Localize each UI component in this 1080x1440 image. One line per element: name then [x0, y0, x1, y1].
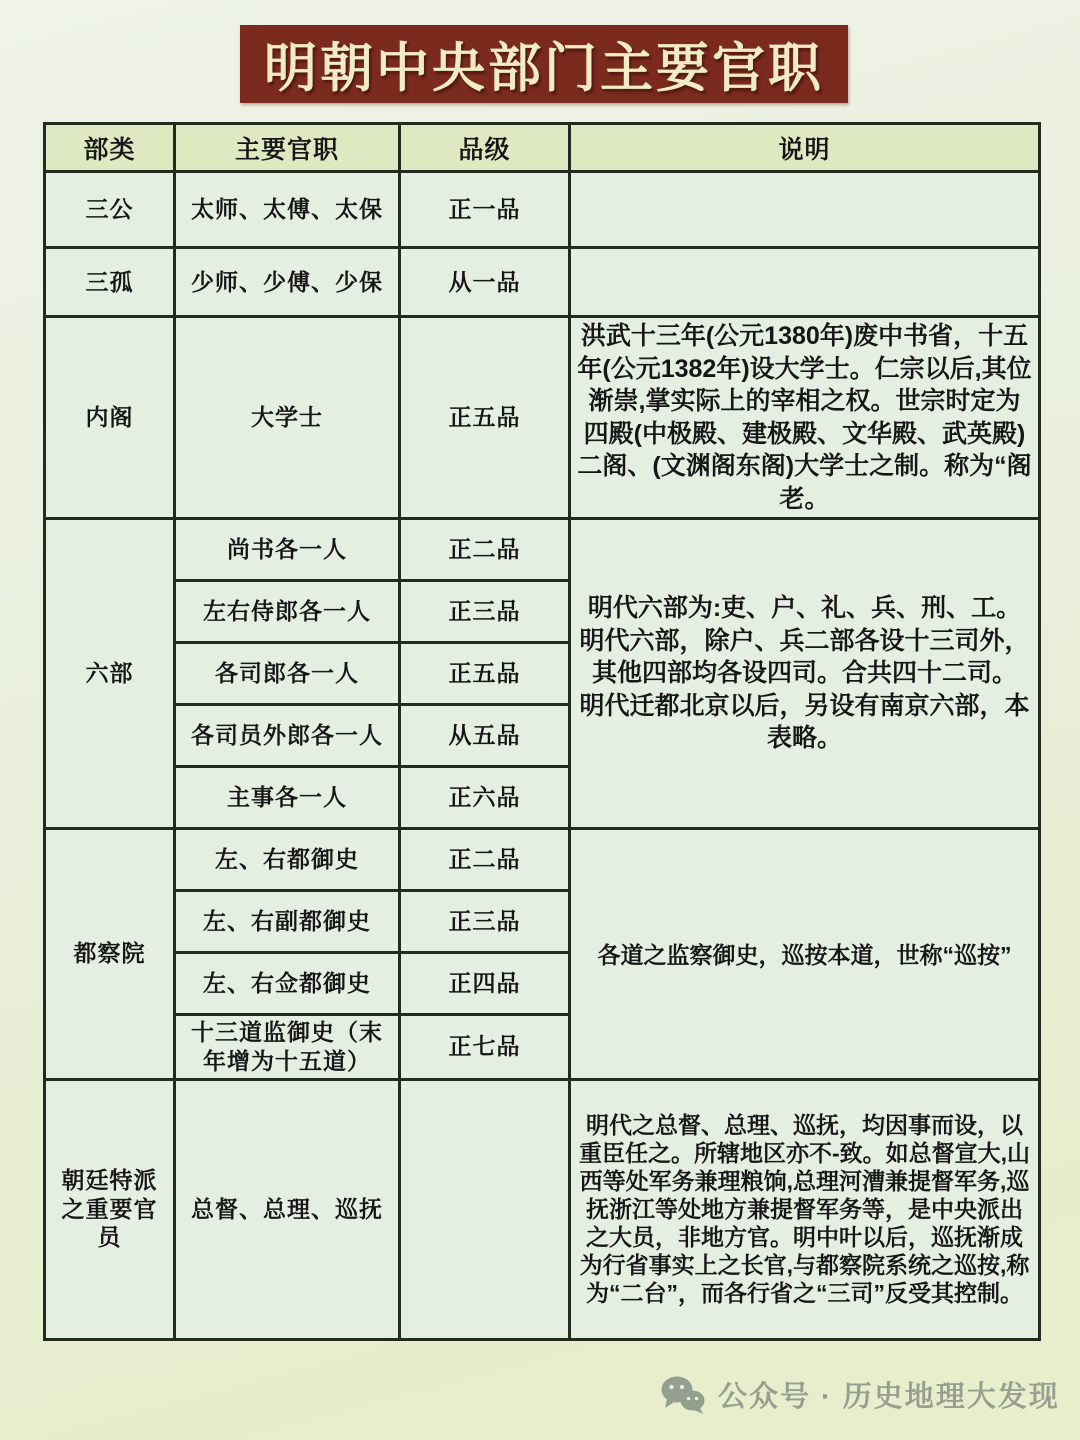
cell-position: 主事各一人: [175, 767, 400, 829]
cell-category: 内阁: [45, 317, 175, 519]
cell-category-duchayuan: 都察院: [45, 829, 175, 1080]
table-row-sangong: 三公 太师、太傅、太保 正一品: [45, 172, 1040, 248]
cell-note: 明代之总督、总理、巡抚，均因事而设，以重臣任之。所辖地区亦不-致。如总督宣大,山…: [570, 1079, 1040, 1339]
page-title: 明朝中央部门主要官职: [264, 26, 824, 102]
cell-note-duchayuan: 各道之监察御史，巡按本道，世称“巡按”: [570, 829, 1040, 1080]
cell-rank: 正四品: [400, 953, 570, 1015]
cell-position: 十三道监御史（末年增为十五道）: [175, 1015, 400, 1080]
cell-position: 左、右副都御史: [175, 891, 400, 953]
header-category: 部类: [45, 124, 175, 172]
cell-rank: 正五品: [400, 317, 570, 519]
cell-position: 尚书各一人: [175, 519, 400, 581]
cell-rank: 正七品: [400, 1015, 570, 1080]
cell-rank: 正二品: [400, 829, 570, 891]
cell-rank: 正六品: [400, 767, 570, 829]
cell-note: 洪武十三年(公元1380年)废中书省，十五年(公元1382年)设大学士。仁宗以后…: [570, 317, 1040, 519]
officials-table: 部类 主要官职 品级 说明 三公 太师、太傅、太保 正一品 三孤 少师、少傅、少…: [43, 122, 1041, 1341]
cell-position: 左、右佥都御史: [175, 953, 400, 1015]
page: { "title": "明朝中央部门主要官职", "colors": { "ba…: [0, 0, 1080, 1440]
cell-category: 三孤: [45, 248, 175, 317]
cell-rank: 正二品: [400, 519, 570, 581]
cell-note-liubu: 明代六部为:吏、户、礼、兵、刑、工。 明代六部，除户、兵二部各设十三司外，其他四…: [570, 519, 1040, 829]
cell-position: 左、右都御史: [175, 829, 400, 891]
title-banner: 明朝中央部门主要官职: [240, 25, 848, 103]
cell-position: 各司员外郎各一人: [175, 705, 400, 767]
header-row: 部类 主要官职 品级 说明: [45, 124, 1040, 172]
header-note: 说明: [570, 124, 1040, 172]
cell-position: 太师、太傅、太保: [175, 172, 400, 248]
cell-position: 左右侍郎各一人: [175, 581, 400, 643]
cell-category-liubu: 六部: [45, 519, 175, 829]
cell-rank: 从五品: [400, 705, 570, 767]
cell-note: [570, 172, 1040, 248]
cell-category: 三公: [45, 172, 175, 248]
cell-position: 各司郎各一人: [175, 643, 400, 705]
header-rank: 品级: [400, 124, 570, 172]
header-position: 主要官职: [175, 124, 400, 172]
wechat-icon: [660, 1375, 706, 1415]
cell-rank: 正三品: [400, 891, 570, 953]
cell-rank: 正三品: [400, 581, 570, 643]
table-row-liubu-1: 六部 尚书各一人 正二品 明代六部为:吏、户、礼、兵、刑、工。 明代六部，除户、…: [45, 519, 1040, 581]
cell-rank: 正五品: [400, 643, 570, 705]
table-row-sangu: 三孤 少师、少傅、少保 从一品: [45, 248, 1040, 317]
cell-position: 总督、总理、巡抚: [175, 1079, 400, 1339]
cell-category: 朝廷特派之重要官员: [45, 1079, 175, 1339]
cell-position: 大学士: [175, 317, 400, 519]
cell-rank: 从一品: [400, 248, 570, 317]
watermark-label: 公众号 · 历史地理大发现: [718, 1374, 1060, 1415]
cell-rank: 正一品: [400, 172, 570, 248]
cell-note: [570, 248, 1040, 317]
table-row-duchayuan-1: 都察院 左、右都御史 正二品 各道之监察御史，巡按本道，世称“巡按”: [45, 829, 1040, 891]
cell-position: 少师、少傅、少保: [175, 248, 400, 317]
table-row-neige: 内阁 大学士 正五品 洪武十三年(公元1380年)废中书省，十五年(公元1382…: [45, 317, 1040, 519]
table-row-special-envoys: 朝廷特派之重要官员 总督、总理、巡抚 明代之总督、总理、巡抚，均因事而设，以重臣…: [45, 1079, 1040, 1339]
watermark: 公众号 · 历史地理大发现: [660, 1374, 1060, 1415]
cell-rank: [400, 1079, 570, 1339]
